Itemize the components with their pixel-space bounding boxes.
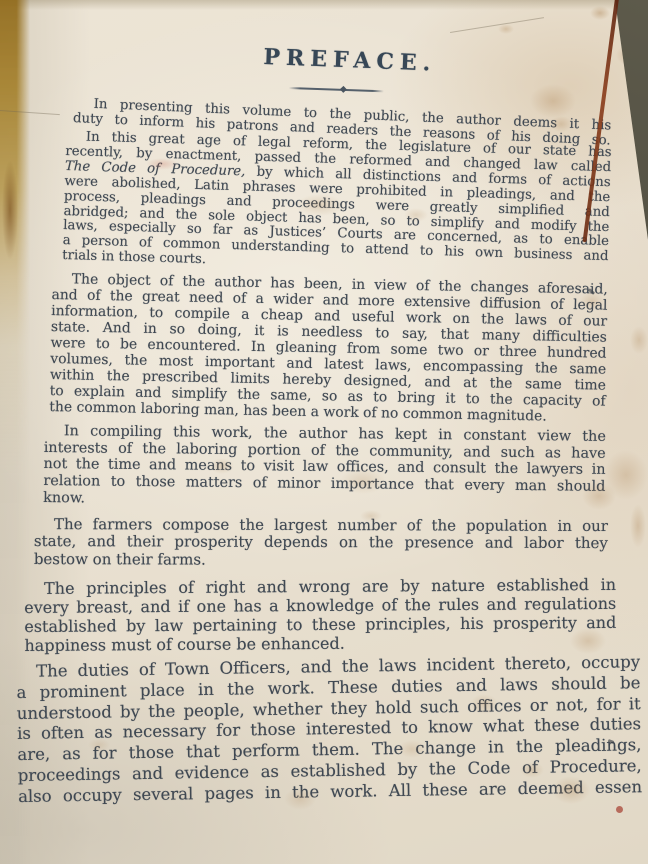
stain — [616, 44, 646, 66]
preface-paragraph-5: The farmers compose the largest number o… — [34, 516, 608, 570]
preface-paragraph-3: The object of the author has been, in vi… — [49, 271, 608, 426]
book-page: PREFACE. In presenting this volume to th… — [0, 0, 648, 864]
page-title: PREFACE. — [263, 44, 437, 77]
preface-paragraph-6: The principles of right and wrong are by… — [24, 575, 617, 655]
stain — [590, 6, 610, 20]
page-crease — [450, 17, 544, 33]
book-photo: { "page": { "title": "PREFACE.", "colors… — [0, 0, 648, 864]
preface-paragraph-2: In this great age of legal reform, the l… — [62, 130, 612, 280]
text-line: bestow on their farms. — [34, 550, 608, 569]
text-line: happiness must of course be enhanced. — [24, 632, 616, 655]
preface-paragraph-7: The duties of Town Officers, and the law… — [16, 652, 642, 807]
preface-paragraph-4: In compiling this work, the author has k… — [43, 423, 606, 512]
title-divider-ornament — [289, 85, 384, 94]
preface-text: In presenting this volume to the public,… — [0, 96, 648, 807]
stain — [498, 24, 514, 34]
text-line: established by law pertaining to these p… — [24, 613, 616, 636]
